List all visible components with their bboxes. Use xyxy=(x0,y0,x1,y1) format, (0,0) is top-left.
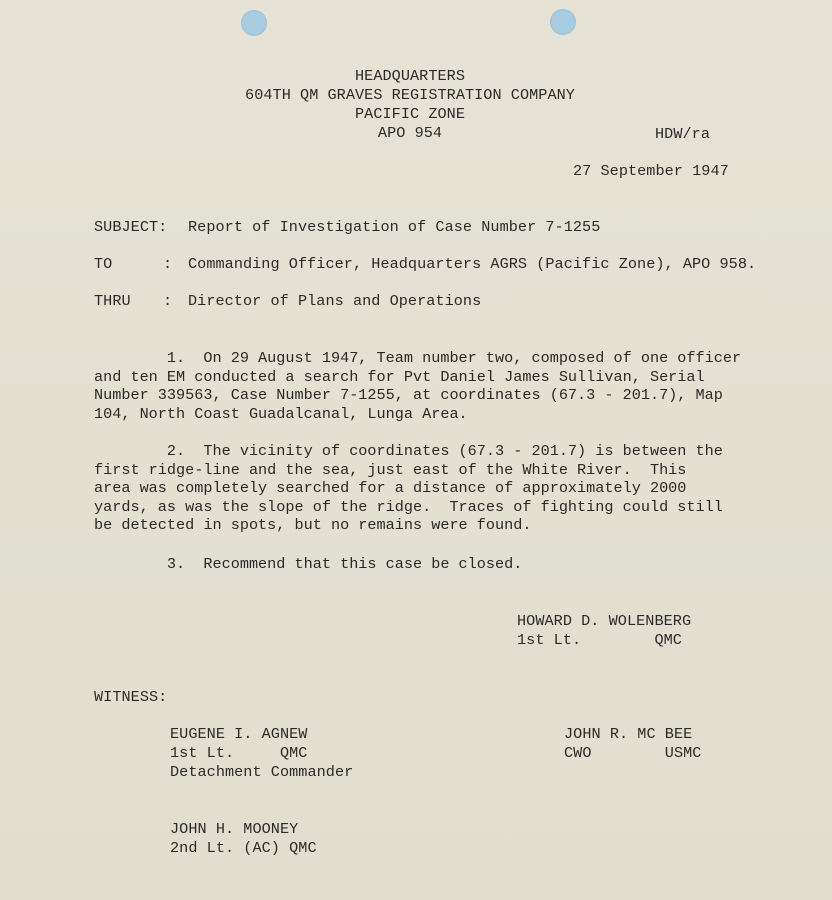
to-label: TO xyxy=(94,255,112,274)
witness-2-rank: CWO USMC xyxy=(564,744,701,763)
paragraph-line: area was completely searched for a dista… xyxy=(94,479,794,498)
punch-hole-left xyxy=(241,10,267,36)
punch-hole-right xyxy=(550,9,576,35)
thru-text: Director of Plans and Operations xyxy=(188,292,481,311)
witness-1-title: Detachment Commander xyxy=(170,763,353,782)
reference-initials: HDW/ra xyxy=(655,125,710,144)
paragraph-line: 1. On 29 August 1947, Team number two, c… xyxy=(94,349,794,368)
witness-3-name: JOHN H. MOONEY xyxy=(170,820,298,839)
witness-2-name: JOHN R. MC BEE xyxy=(564,725,692,744)
to-colon: : xyxy=(163,255,172,274)
paragraph-line: first ridge-line and the sea, just east … xyxy=(94,461,794,480)
letterhead-line-2: 604TH QM GRAVES REGISTRATION COMPANY xyxy=(200,86,620,105)
paragraph-3: 3. Recommend that this case be closed. xyxy=(94,555,794,574)
thru-label: THRU xyxy=(94,292,131,311)
paragraph-2: 2. The vicinity of coordinates (67.3 - 2… xyxy=(94,442,794,535)
document-date: 27 September 1947 xyxy=(573,162,729,181)
paragraph-line: Number 339563, Case Number 7-1255, at co… xyxy=(94,386,794,405)
paragraph-line: 104, North Coast Guadalcanal, Lunga Area… xyxy=(94,405,794,424)
paragraph-line: 2. The vicinity of coordinates (67.3 - 2… xyxy=(94,442,794,461)
witness-1-rank: 1st Lt. QMC xyxy=(170,744,307,763)
to-text: Commanding Officer, Headquarters AGRS (P… xyxy=(188,255,756,274)
paragraph-line: and ten EM conducted a search for Pvt Da… xyxy=(94,368,794,387)
letterhead-line-1: HEADQUARTERS xyxy=(200,67,620,86)
paragraph-line: 3. Recommend that this case be closed. xyxy=(94,555,794,574)
witness-3-rank: 2nd Lt. (AC) QMC xyxy=(170,839,317,858)
subject-text: Report of Investigation of Case Number 7… xyxy=(188,218,600,237)
paragraph-1: 1. On 29 August 1947, Team number two, c… xyxy=(94,349,794,423)
paragraph-line: yards, as was the slope of the ridge. Tr… xyxy=(94,498,794,517)
letterhead-line-4: APO 954 xyxy=(200,124,620,143)
letterhead-line-3: PACIFIC ZONE xyxy=(200,105,620,124)
witness-1-name: EUGENE I. AGNEW xyxy=(170,725,307,744)
signatory-rank: 1st Lt. QMC xyxy=(517,631,682,650)
paragraph-line: be detected in spots, but no remains wer… xyxy=(94,516,794,535)
subject-label: SUBJECT: xyxy=(94,218,167,237)
document-page: HEADQUARTERS 604TH QM GRAVES REGISTRATIO… xyxy=(0,0,832,900)
thru-colon: : xyxy=(163,292,172,311)
witness-label: WITNESS: xyxy=(94,688,167,707)
signatory-name: HOWARD D. WOLENBERG xyxy=(517,612,691,631)
